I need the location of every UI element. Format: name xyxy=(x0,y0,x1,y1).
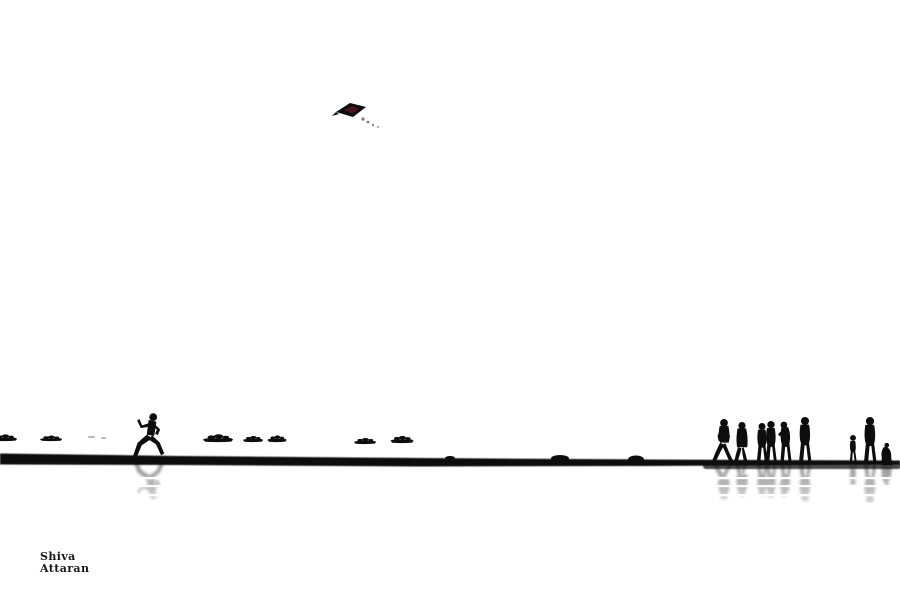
paddle-boat-silhouette xyxy=(243,436,263,442)
stander-silhouette xyxy=(864,417,876,462)
runner-silhouette xyxy=(133,413,164,457)
phone-silhouette xyxy=(778,422,791,461)
kite-tail-dot xyxy=(377,126,379,128)
kite xyxy=(332,103,379,128)
runner-reflection xyxy=(133,459,164,499)
stander-silhouette xyxy=(757,423,768,461)
paddle-boat-silhouette xyxy=(268,435,287,442)
paddle-boats xyxy=(0,434,413,444)
kite-flap xyxy=(332,112,339,116)
photo-canvas: Shiva Attaran xyxy=(0,0,900,600)
kite-tail-dot xyxy=(372,124,374,126)
distant-water-marks xyxy=(88,436,106,439)
shoreline-dark-band xyxy=(703,463,900,470)
paddle-boat-silhouette xyxy=(203,434,233,442)
rock-silhouette xyxy=(551,455,569,462)
rock-silhouette xyxy=(628,456,644,464)
stander-silhouette xyxy=(766,421,777,461)
kite-tail-dot xyxy=(367,121,370,124)
walker-silhouette xyxy=(712,419,733,462)
rock-silhouette xyxy=(445,456,455,460)
watermark-line2: Attaran xyxy=(40,563,89,575)
faint-water-mark xyxy=(88,436,95,438)
paddle-boat-silhouette xyxy=(354,438,376,444)
stander-silhouette xyxy=(799,417,811,461)
scene-svg xyxy=(0,0,900,600)
watermark: Shiva Attaran xyxy=(40,551,89,574)
paddle-boat-silhouette xyxy=(40,436,62,442)
watermark-line1: Shiva xyxy=(40,551,89,563)
faint-water-mark xyxy=(101,437,106,439)
paddle-boat-silhouette xyxy=(391,436,414,443)
child-silhouette xyxy=(850,435,857,461)
walker2-silhouette xyxy=(734,422,747,462)
kite-tail-dot xyxy=(361,117,364,120)
kite-group xyxy=(332,103,379,128)
sitter-silhouette xyxy=(881,443,892,465)
paddle-boat-silhouette xyxy=(0,434,17,441)
